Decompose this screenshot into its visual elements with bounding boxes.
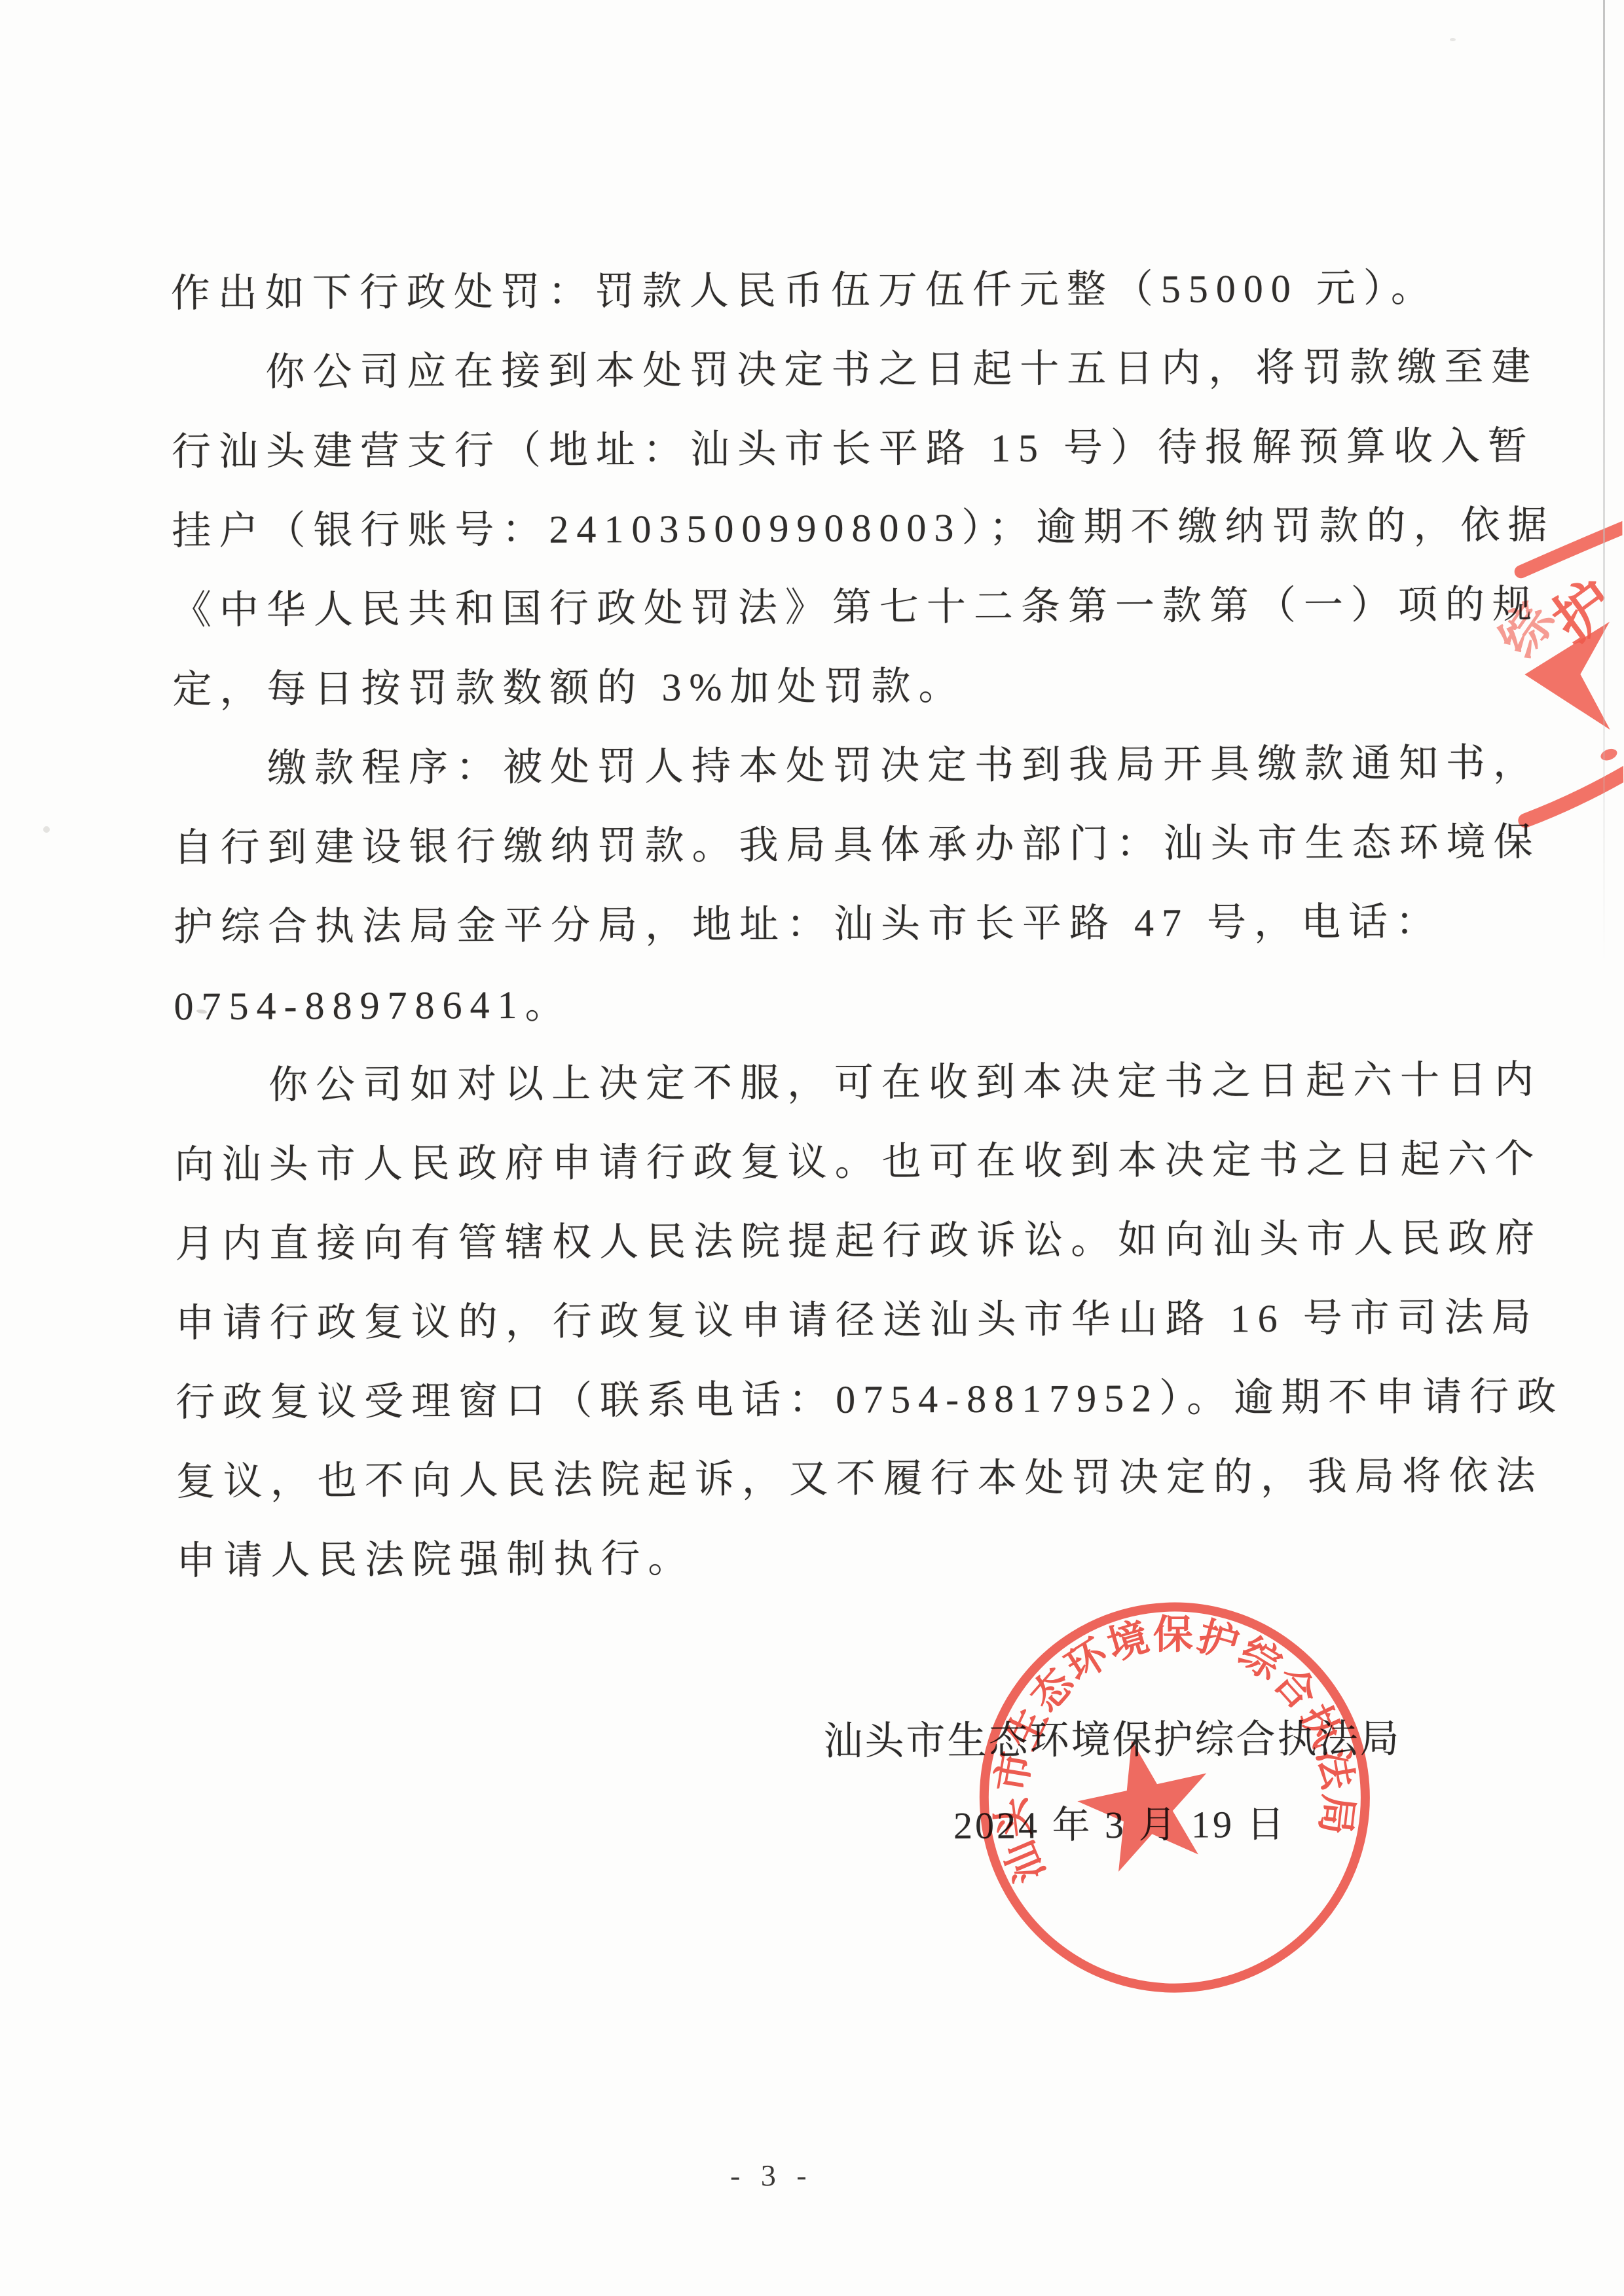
scanned-content: 作出如下行政处罚：罚款人民币伍万伍仟元整（55000 元）。 你公司应在接到本处… — [0, 0, 1624, 2296]
official-seal: 汕头市生态环境保护综合执法局 — [964, 1587, 1385, 2008]
scan-speck — [1450, 38, 1456, 41]
body-line: 复议，也不向人民法院起诉，又不履行本处罚决定的，我局将依法 — [175, 1437, 1469, 1522]
seal-star — [1067, 1726, 1223, 1877]
partial-seal-top-arc — [1521, 527, 1623, 572]
body-line: 《中华人民共和国行政处罚法》第七十二条第一款第（一）项的规 — [172, 566, 1466, 651]
page-number: - 3 - — [686, 2158, 857, 2193]
body-line: 月内直接向有管辖权人民法院提起行政诉讼。如向汕头市人民政府 — [175, 1199, 1469, 1285]
seal-arc-text: 汕头市生态环境保护综合执法局 — [965, 1587, 1367, 1890]
scan-speck — [43, 826, 50, 833]
body-line: 作出如下行政处罚：罚款人民币伍万伍仟元整（55000 元）。 — [171, 249, 1465, 334]
body-line: 行汕头建营支行（地址：汕头市长平路 15 号）待报解预算收入暂 — [172, 407, 1466, 492]
body-line: 行政复议受理窗口（联系电话：0754-8817952）。逾期不申请行政 — [175, 1358, 1469, 1443]
partial-seal-dot — [1599, 747, 1619, 763]
body-line: 0754-88978641。 — [174, 962, 1467, 1047]
partial-seal-bottom-arc — [1525, 773, 1623, 821]
body-line: 挂户（银行账号：241035009908003）；逾期不缴纳罚款的，依据 — [172, 486, 1466, 572]
document-page: 作出如下行政处罚：罚款人民币伍万伍仟元整（55000 元）。 你公司应在接到本处… — [0, 0, 1624, 2296]
body-line: 你公司如对以上决定不服，可在收到本决定书之日起六十日内 — [174, 1041, 1468, 1126]
scan-edge-line — [1603, 0, 1605, 962]
body-line: 你公司应在接到本处罚决定书之日起十五日内，将罚款缴至建 — [171, 328, 1465, 413]
body-line: 申请行政复议的，行政复议申请径送汕头市华山路 16 号市司法局 — [175, 1279, 1469, 1364]
body-line: 缴款程序：被处罚人持本处罚决定书到我局开具缴款通知书， — [173, 724, 1467, 809]
body-text: 作出如下行政处罚：罚款人民币伍万伍仟元整（55000 元）。 你公司应在接到本处… — [171, 249, 1470, 1601]
body-line: 自行到建设银行缴纳罚款。我局具体承办部门：汕头市生态环境保 — [173, 803, 1467, 888]
body-line: 向汕头市人民政府申请行政复议。也可在收到本决定书之日起六个 — [174, 1120, 1468, 1205]
svg-text:汕头市生态环境保护综合执法局: 汕头市生态环境保护综合执法局 — [965, 1587, 1367, 1890]
body-line: 定，每日按罚款数额的 3%加处罚款。 — [172, 645, 1466, 730]
body-line: 护综合执法局金平分局，地址：汕头市长平路 47 号，电话： — [174, 883, 1467, 968]
